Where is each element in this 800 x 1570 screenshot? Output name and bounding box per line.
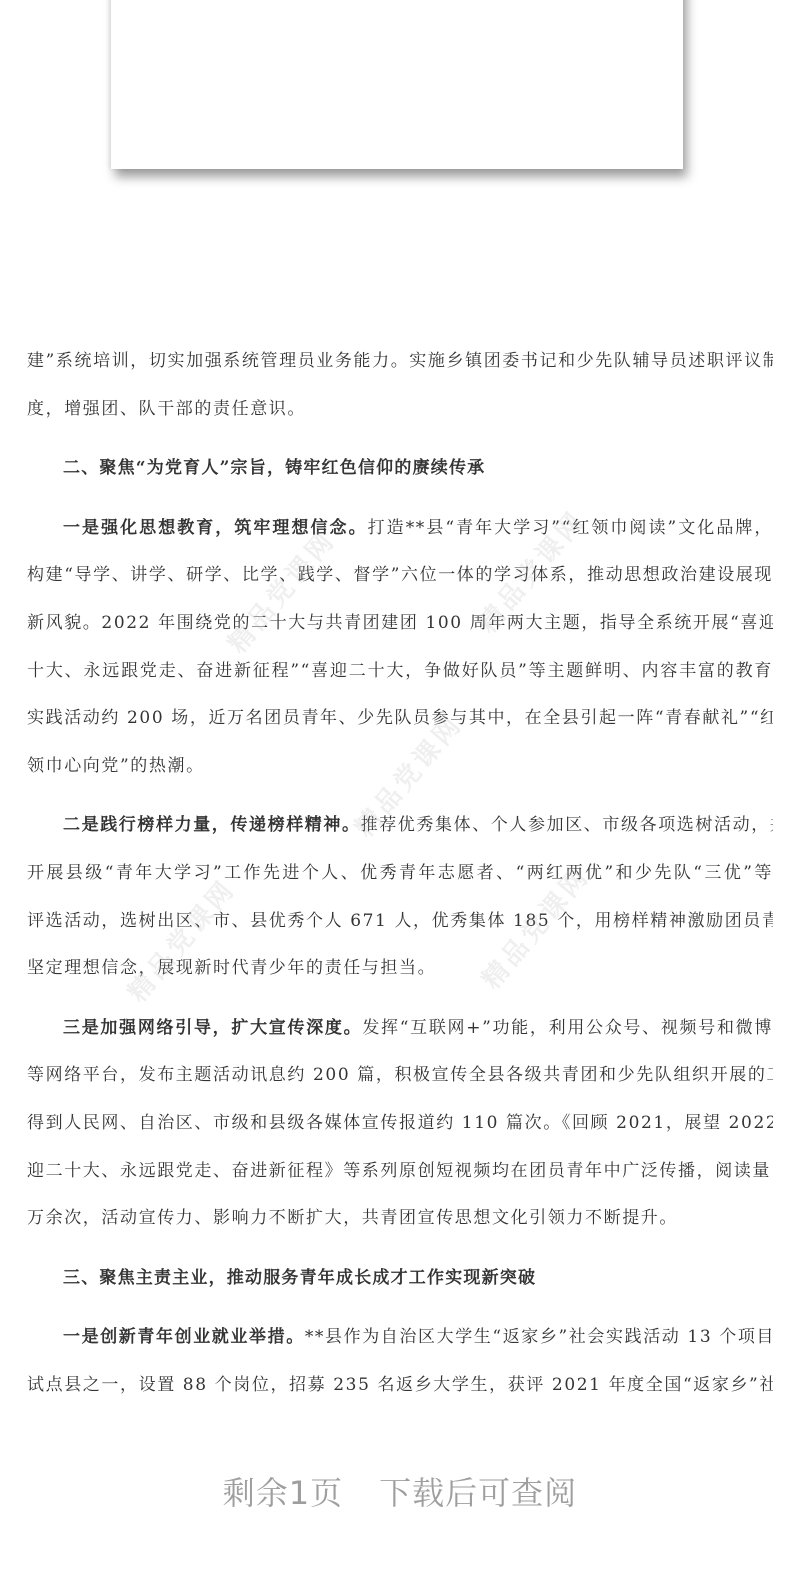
item-first-line: 一是强化思想教育，筑牢理想信念。打造**县“青年大学习”“红领巾阅读”文化品牌，: [27, 505, 773, 553]
body-line: 万余次，活动宣传力、影响力不断扩大，共青团宣传思想文化引领力不断提升。: [27, 1195, 773, 1243]
body-line: 领巾心向党”的热潮。: [27, 743, 773, 791]
item-lead: 二是践行榜样力量，传递榜样精神。: [63, 815, 361, 835]
body-line: 等网络平台，发布主题活动讯息约 200 篇，积极宣传全县各级共青团和少先队组织开…: [27, 1052, 773, 1100]
item-lead: 一是创新青年创业就业举措。: [63, 1327, 305, 1347]
document-body: 建”系统培训，切实加强系统管理员业务能力。实施乡镇团委书记和少先队辅导员述职评议…: [27, 338, 773, 1409]
section-heading: 三、聚焦主责主业，推动服务青年成长成才工作实现新突破: [27, 1255, 773, 1303]
body-line: 新风貌。2022 年围绕党的二十大与共青团建团 100 周年两大主题，指导全系统…: [27, 600, 773, 648]
body-line: 实践活动约 200 场，近万名团员青年、少先队员参与其中，在全县引起一阵“青春献…: [27, 695, 773, 743]
item-first-line: 二是践行榜样力量，传递榜样精神。推荐优秀集体、个人参加区、市级各项选树活动，并: [27, 802, 773, 850]
item-text: 发挥“互联网+”功能，利用公众号、视频号和微博: [362, 1018, 773, 1038]
item-text: **县作为自治区大学生“返家乡”社会实践活动 13 个项目: [305, 1327, 773, 1347]
body-line: 构建“导学、讲学、研学、比学、践学、督学”六位一体的学习体系，推动思想政治建设展…: [27, 552, 773, 600]
body-line: 评选活动，选树出区、市、县优秀个人 671 人，优秀集体 185 个，用榜样精神…: [27, 898, 773, 946]
download-to-view-label: 下载后可查阅: [379, 1474, 577, 1512]
body-line: 建”系统培训，切实加强系统管理员业务能力。实施乡镇团委书记和少先队辅导员述职评议…: [27, 338, 773, 386]
item-first-line: 三是加强网络引导，扩大宣传深度。发挥“互联网+”功能，利用公众号、视频号和微博: [27, 1005, 773, 1053]
item-text: 推荐优秀集体、个人参加区、市级各项选树活动，并: [361, 815, 773, 835]
item-lead: 一是强化思想教育，筑牢理想信念。: [63, 518, 368, 538]
download-prompt[interactable]: 剩余1页下载后可查阅: [0, 1468, 800, 1514]
section-heading: 二、聚焦“为党育人”宗旨，铸牢红色信仰的赓续传承: [27, 445, 773, 493]
body-line: 坚定理想信念，展现新时代青少年的责任与担当。: [27, 945, 773, 993]
item-first-line: 一是创新青年创业就业举措。**县作为自治区大学生“返家乡”社会实践活动 13 个…: [27, 1314, 773, 1362]
body-line: 十大、永远跟党走、奋进新征程”“喜迎二十大，争做好队员”等主题鲜明、内容丰富的教…: [27, 648, 773, 696]
item-lead: 三是加强网络引导，扩大宣传深度。: [63, 1018, 362, 1038]
previous-page-preview: [111, 0, 683, 169]
body-line: 试点县之一，设置 88 个岗位，招募 235 名返乡大学生，获评 2021 年度…: [27, 1362, 773, 1410]
body-line: 度，增强团、队干部的责任意识。: [27, 386, 773, 434]
body-line: 开展县级“青年大学习”工作先进个人、优秀青年志愿者、“两红两优”和少先队“三优”…: [27, 850, 773, 898]
item-text: 打造**县“青年大学习”“红领巾阅读”文化品牌，: [368, 518, 773, 538]
body-line: 得到人民网、自治区、市级和县级各媒体宣传报道约 110 篇次。《回顾 2021，…: [27, 1100, 773, 1148]
remaining-pages-label: 剩余1页: [223, 1474, 343, 1512]
body-line: 迎二十大、永远跟党走、奋进新征程》等系列原创短视频均在团员青年中广泛传播，阅读量…: [27, 1148, 773, 1196]
